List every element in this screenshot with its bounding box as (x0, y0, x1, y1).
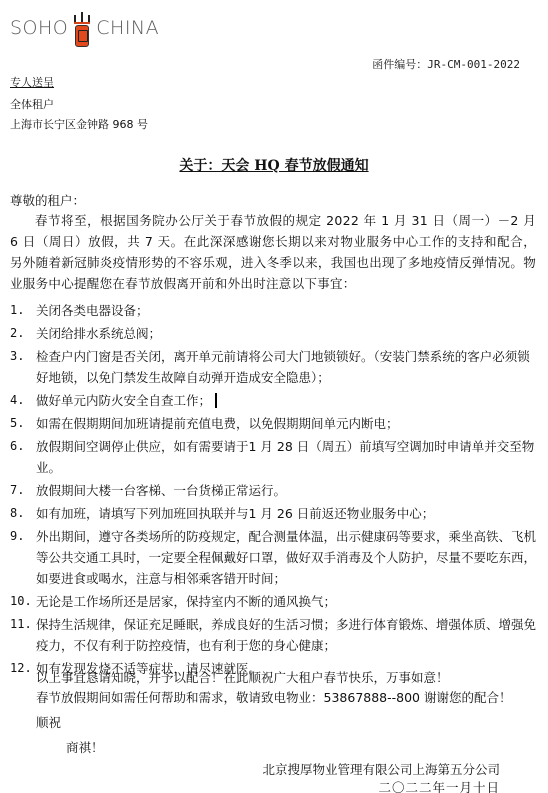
list-item: 3.检查户内门窗是否关闭，离开单元前请将公司大门地锁锁好。（安装门禁系统的客户必… (10, 346, 536, 388)
list-item: 7.放假期间大楼一台客梯、一台货梯正常运行。 (10, 480, 536, 501)
item-text: 保持生活规律，保证充足睡眠，养成良好的生活习惯；多进行体育锻炼、增强体质、增强免… (36, 614, 536, 656)
item-number: 7. (10, 480, 36, 501)
logo-text-left: SOHO (10, 17, 68, 39)
list-item: 6.放假期间空调停止供应，如有需要请于1 月 28 日（周五）前填写空调加时申请… (10, 436, 536, 478)
item-text-with-cursor[interactable]: 做好单元内防火安全自查工作； (36, 390, 536, 411)
item-text: 如需在假期期间加班请提前充值电费，以免假期期间单元内断电； (36, 413, 536, 434)
recipient-address: 上海市长宁区金钟路 968 号 (10, 116, 148, 132)
item-text: 检查户内门窗是否关闭，离开单元前请将公司大门地锁锁好。（安装门禁系统的客户必须锁… (36, 346, 536, 388)
list-item: 1.关闭各类电器设备； (10, 300, 536, 321)
list-item: 11.保持生活规律，保证充足睡眠，养成良好的生活习惯；多进行体育锻炼、增强体质、… (10, 614, 536, 656)
closing-salutation: 顺祝 (36, 712, 536, 733)
greeting: 尊敬的租户： (10, 190, 536, 211)
list-item: 8.如有加班，请填写下列加班回执联并与1 月 26 日前返还物业服务中心； (10, 503, 536, 524)
list-item: 10.无论是工作场所还是居家，保持室内不断的通风换气； (10, 591, 536, 612)
list-item: 9.外出期间，遵守各类场所的防疫规定，配合测量体温，出示健康码等要求，乘坐高铁、… (10, 526, 536, 589)
document-number: 函件编号：JR-CM-001-2022 (372, 56, 520, 72)
item-number: 8. (10, 503, 36, 524)
delivery-method: 专人送呈 (10, 74, 54, 90)
item-text: 外出期间，遵守各类场所的防疫规定，配合测量体温，出示健康码等要求，乘坐高铁、飞机… (36, 526, 536, 589)
item-number: 6. (10, 436, 36, 478)
item-text: 如有加班，请填写下列加班回执联并与1 月 26 日前返还物业服务中心； (36, 503, 536, 524)
notice-title-text: 关于：天会 HQ 春节放假通知 (179, 158, 368, 174)
item-number: 1. (10, 300, 36, 321)
closing-regards: 商祺！ (66, 737, 548, 758)
item-number: 12. (10, 658, 36, 679)
item-number: 9. (10, 526, 36, 589)
soho-china-seal-icon (70, 8, 94, 48)
company-logo: SOHO CHINA (10, 8, 159, 48)
text-cursor (215, 393, 217, 408)
item-number: 10. (10, 591, 36, 612)
item-number: 5. (10, 413, 36, 434)
list-item: 2.关闭给排水系统总阀； (10, 323, 536, 344)
recipient: 全体租户 (10, 96, 54, 112)
item-number: 4. (10, 390, 36, 411)
notice-items-list: 1.关闭各类电器设备； 2.关闭给排水系统总阀； 3.检查户内门窗是否关闭，离开… (10, 300, 536, 681)
list-item: 5.如需在假期期间加班请提前充值电费，以免假期期间单元内断电； (10, 413, 536, 434)
item-text: 无论是工作场所还是居家，保持室内不断的通风换气； (36, 591, 536, 612)
closing-contact-line: 春节放假期间如需任何帮助和需求，敬请致电物业：53867888--800 谢谢您… (36, 687, 536, 708)
list-item: 4.做好单元内防火安全自查工作； (10, 390, 536, 411)
item-text: 放假期间空调停止供应，如有需要请于1 月 28 日（周五）前填写空调加时申请单并… (36, 436, 536, 478)
notice-title: 关于：天会 HQ 春节放假通知 (0, 155, 548, 175)
signature-company: 北京搜厚物业管理有限公司上海第五分公司 (262, 760, 500, 778)
signature-date: 二〇二二年一月十日 (378, 778, 500, 793)
closing-line-1: 以上事宜恳请知晓，并予以配合！在此顺祝广大租户春节快乐，万事如意！ (36, 667, 536, 688)
item-number: 3. (10, 346, 36, 388)
intro-paragraph: 春节将至，根据国务院办公厅关于春节放假的规定 2022 年 1 月 31 日（周… (10, 210, 536, 294)
item-text: 放假期间大楼一台客梯、一台货梯正常运行。 (36, 480, 536, 501)
item-number: 2. (10, 323, 36, 344)
logo-text-right: CHINA (96, 17, 159, 39)
item-number: 11. (10, 614, 36, 656)
item-text: 关闭各类电器设备； (36, 300, 536, 321)
item-text: 做好单元内防火安全自查工作； (36, 393, 211, 408)
item-text: 关闭给排水系统总阀； (36, 323, 536, 344)
